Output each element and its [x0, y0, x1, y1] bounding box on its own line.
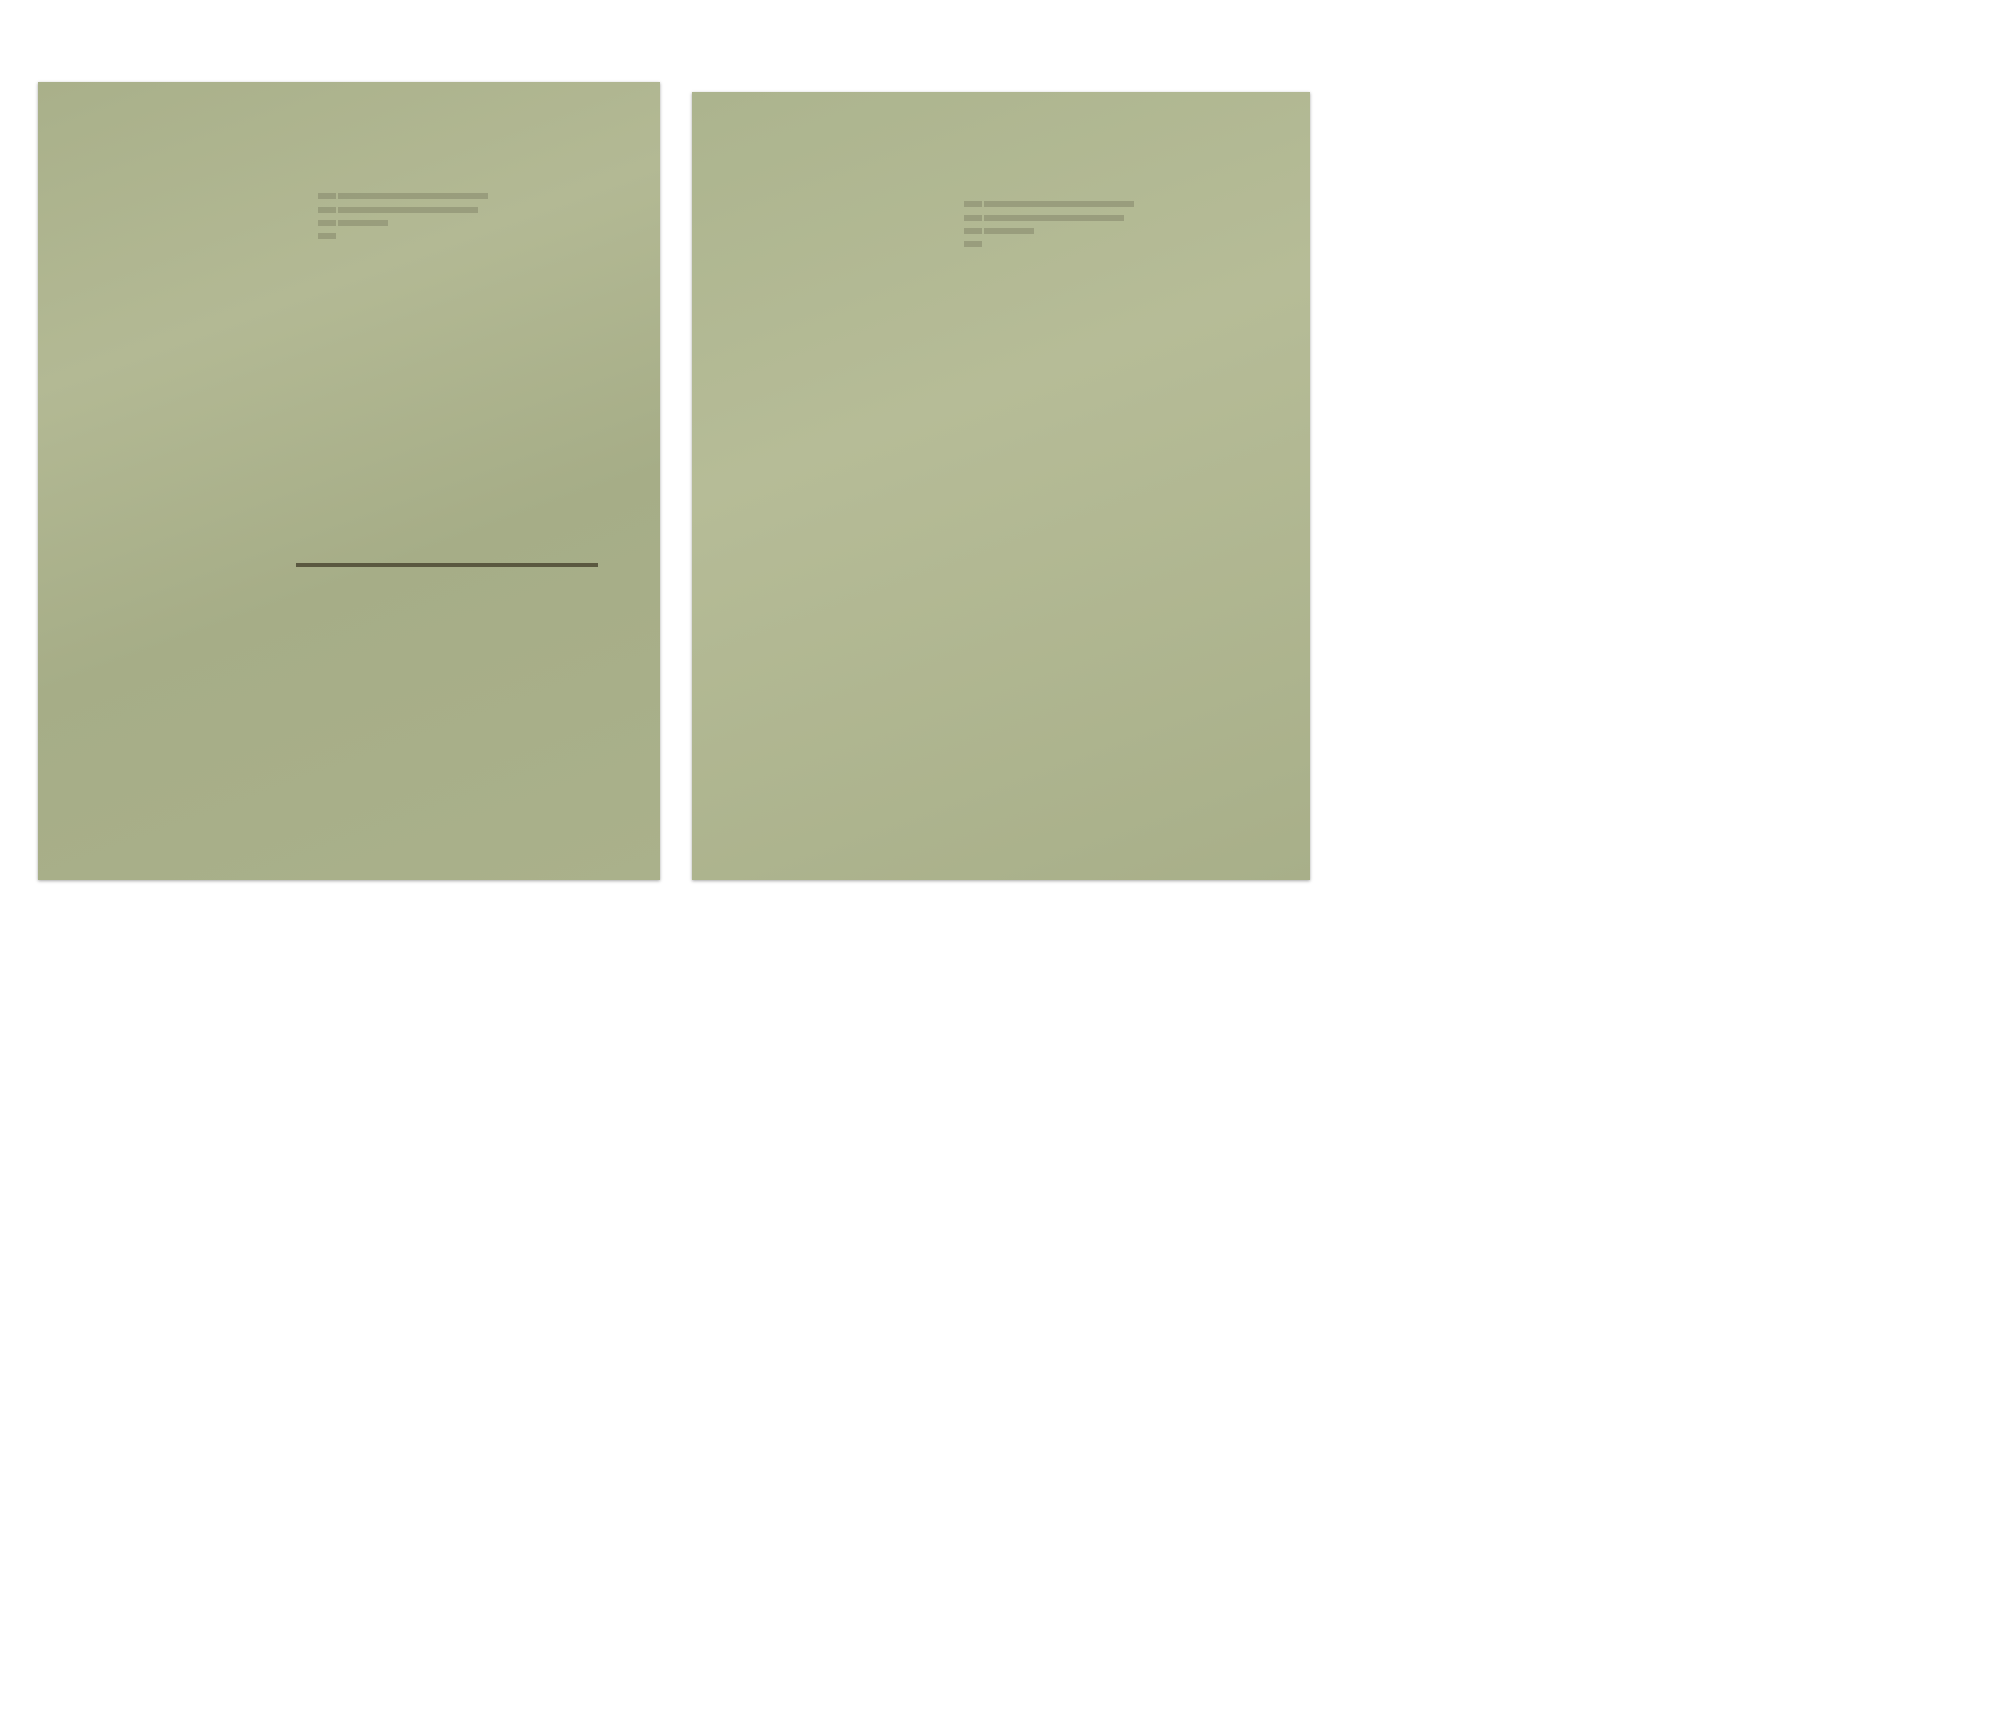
terms-block: [296, 562, 598, 567]
publisher-footer: [268, 644, 598, 674]
ornament-bar: [984, 215, 1124, 221]
ornament-bar: [984, 228, 1034, 234]
sheet-content: [692, 92, 1310, 880]
ornament-bar: [318, 193, 336, 199]
ornament-bar: [964, 228, 982, 234]
ornament-bar: [338, 193, 488, 199]
ornament-bar: [964, 201, 982, 207]
sheet-subtitle: [118, 522, 124, 551]
ornament-bar: [964, 215, 982, 221]
sheet-title: [797, 162, 803, 191]
kunstschatz-sheet-1: [38, 82, 660, 880]
description-column: [942, 198, 1240, 251]
ornament-bar: [318, 220, 336, 226]
sheet-content: [38, 82, 660, 880]
price-line: [296, 566, 598, 567]
sheet-title: [143, 152, 149, 181]
ornament-bar: [318, 207, 336, 213]
description-column: [296, 190, 598, 243]
ornament-bar: [338, 207, 478, 213]
ornament-bar: [984, 201, 1134, 207]
kunstschatz-sheet-2: [692, 92, 1310, 880]
ornament-bar: [318, 233, 336, 239]
ornament-bar: [338, 220, 388, 226]
ornament-bar: [964, 241, 982, 247]
